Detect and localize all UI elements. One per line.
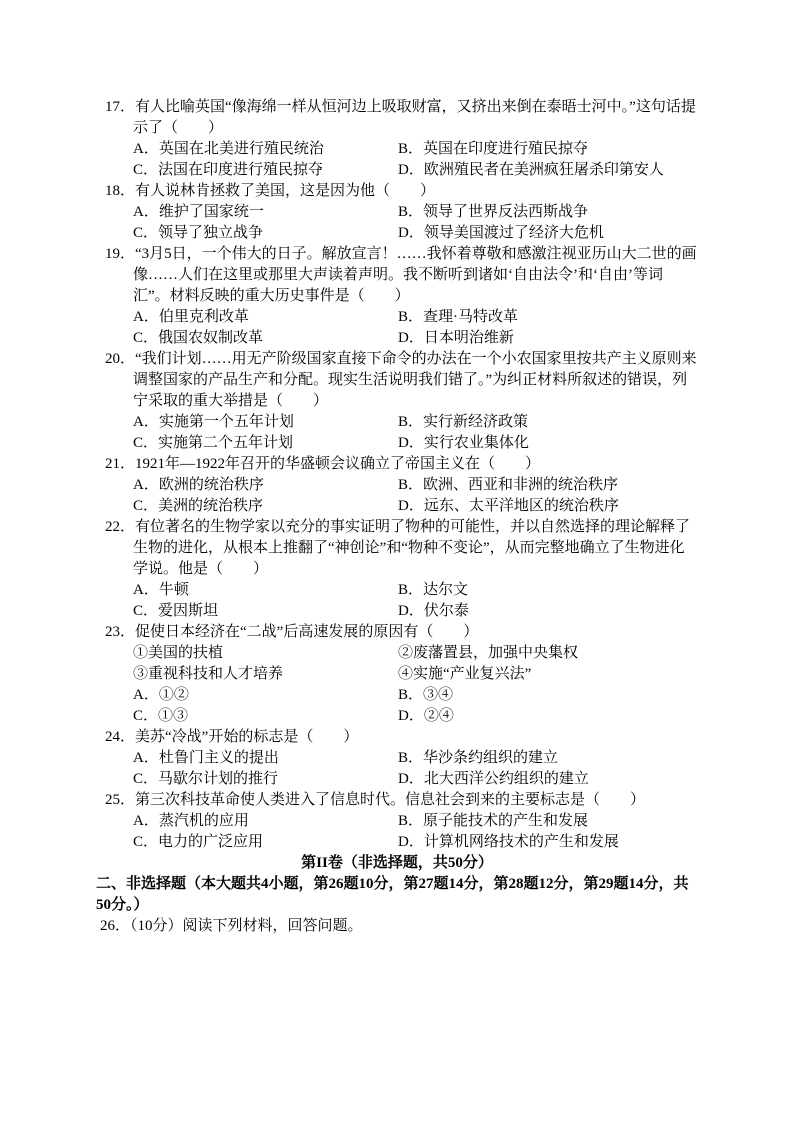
option-row: C．领导了独立战争D．领导美国渡过了经济大危机 bbox=[105, 223, 698, 244]
question-number: 19． bbox=[105, 246, 135, 262]
question-25: 25．第三次科技革命使人类进入了信息时代。信息社会到来的主要标志是（ ） A．蒸… bbox=[105, 790, 698, 853]
statement-2: ②废藩置县，加强中央集权 bbox=[398, 643, 578, 664]
option-a: A．欧洲的统治秩序 bbox=[133, 475, 398, 496]
question-text: 21．1921年—1922年召开的华盛顿会议确立了帝国主义在（ ） bbox=[105, 454, 698, 475]
option-row: A．杜鲁门主义的提出B．华沙条约组织的建立 bbox=[105, 748, 698, 769]
question-18: 18．有人说林肯拯救了美国，这是因为他（ ） A．维护了国家统一B．领导了世界反… bbox=[105, 181, 698, 244]
question-text: 17．有人比喻英国“像海绵一样从恒河边上吸取财富，又挤出来倒在泰晤士河中。”这句… bbox=[105, 97, 698, 139]
option-row: A．伯里克利改革B．查理·马特改革 bbox=[105, 307, 698, 328]
question-number: 17． bbox=[105, 99, 135, 115]
question-21: 21．1921年—1922年召开的华盛顿会议确立了帝国主义在（ ） A．欧洲的统… bbox=[105, 454, 698, 517]
question-stem: 1921年—1922年召开的华盛顿会议确立了帝国主义在（ ） bbox=[135, 456, 540, 472]
option-b: B．英国在印度进行殖民掠夺 bbox=[398, 139, 588, 160]
option-row: A．蒸汽机的应用B．原子能技术的产生和发展 bbox=[105, 811, 698, 832]
option-row: A．维护了国家统一B．领导了世界反法西斯战争 bbox=[105, 202, 698, 223]
page-content: 17．有人比喻英国“像海绵一样从恒河边上吸取财富，又挤出来倒在泰晤士河中。”这句… bbox=[96, 97, 698, 937]
question-text: 23．促使日本经济在“二战”后高速发展的原因有（ ） bbox=[105, 622, 698, 643]
option-c: C．法国在印度进行殖民掠夺 bbox=[133, 160, 398, 181]
option-a: A．伯里克利改革 bbox=[133, 307, 398, 328]
question-text: 24．美苏“冷战”开始的标志是（ ） bbox=[105, 727, 698, 748]
option-row: A．实施第一个五年计划B．实行新经济政策 bbox=[105, 412, 698, 433]
option-c: C．爱因斯坦 bbox=[133, 601, 398, 622]
option-c: C．领导了独立战争 bbox=[133, 223, 398, 244]
option-row: A．欧洲的统治秩序B．欧洲、西亚和非洲的统治秩序 bbox=[105, 475, 698, 496]
option-row: C．实施第二个五年计划D．实行农业集体化 bbox=[105, 433, 698, 454]
option-c: C．电力的广泛应用 bbox=[133, 832, 398, 853]
multiple-choice-questions: 17．有人比喻英国“像海绵一样从恒河边上吸取财富，又挤出来倒在泰晤士河中。”这句… bbox=[105, 97, 698, 853]
option-c: C．俄国农奴制改革 bbox=[133, 328, 398, 349]
option-row: C．美洲的统治秩序D．远东、太平洋地区的统治秩序 bbox=[105, 496, 698, 517]
question-24: 24．美苏“冷战”开始的标志是（ ） A．杜鲁门主义的提出B．华沙条约组织的建立… bbox=[105, 727, 698, 790]
question-20: 20．“我们计划……用无产阶级国家直接下命令的办法在一个小农国家里按共产主义原则… bbox=[105, 349, 698, 454]
statement-4: ④实施“产业复兴法” bbox=[398, 664, 531, 685]
option-d: D．日本明治维新 bbox=[398, 328, 514, 349]
statement-3: ③重视科技和人才培养 bbox=[133, 664, 398, 685]
question-number: 21． bbox=[105, 456, 135, 472]
part2-section-intro: 二、非选择题（本大题共4小题，第26题10分，第27题14分，第28题12分，第… bbox=[96, 874, 698, 916]
option-a: A．维护了国家统一 bbox=[133, 202, 398, 223]
question-stem: 有人比喻英国“像海绵一样从恒河边上吸取财富，又挤出来倒在泰晤士河中。”这句话提示… bbox=[133, 99, 696, 136]
question-text: 18．有人说林肯拯救了美国，这是因为他（ ） bbox=[105, 181, 698, 202]
question-stem: 美苏“冷战”开始的标志是（ ） bbox=[135, 729, 358, 745]
option-row: C．电力的广泛应用D．计算机网络技术的产生和发展 bbox=[105, 832, 698, 853]
option-d: D．②④ bbox=[398, 706, 454, 727]
option-b: B．华沙条约组织的建立 bbox=[398, 748, 558, 769]
option-b: B．达尔文 bbox=[398, 580, 468, 601]
option-b: B．欧洲、西亚和非洲的统治秩序 bbox=[398, 475, 618, 496]
option-d: D．领导美国渡过了经济大危机 bbox=[398, 223, 604, 244]
question-19: 19．“3月5日，一个伟大的日子。解放宣言！……我怀着尊敬和感激注视亚历山大二世… bbox=[105, 244, 698, 349]
question-stem: 有位著名的生物学家以充分的事实证明了物种的可能性，并以自然选择的理论解释了生物的… bbox=[133, 519, 690, 577]
question-text: 20．“我们计划……用无产阶级国家直接下命令的办法在一个小农国家里按共产主义原则… bbox=[105, 349, 698, 412]
question-stem: 第三次科技革命使人类进入了信息时代。信息社会到来的主要标志是（ ） bbox=[135, 792, 645, 808]
option-a: A．牛顿 bbox=[133, 580, 398, 601]
option-d: D．计算机网络技术的产生和发展 bbox=[398, 832, 619, 853]
question-26-intro: 26．（10分）阅读下列材料，回答问题。 bbox=[100, 916, 698, 937]
option-a: A．杜鲁门主义的提出 bbox=[133, 748, 398, 769]
question-stem: “3月5日，一个伟大的日子。解放宣言！……我怀着尊敬和感激注视亚历山大二世的画像… bbox=[133, 246, 697, 304]
option-a: A．①② bbox=[133, 685, 398, 706]
question-number: 18． bbox=[105, 183, 135, 199]
option-row: A．①②B．③④ bbox=[105, 685, 698, 706]
option-row: C．爱因斯坦D．伏尔泰 bbox=[105, 601, 698, 622]
question-text: 19．“3月5日，一个伟大的日子。解放宣言！……我怀着尊敬和感激注视亚历山大二世… bbox=[105, 244, 698, 307]
question-17: 17．有人比喻英国“像海绵一样从恒河边上吸取财富，又挤出来倒在泰晤士河中。”这句… bbox=[105, 97, 698, 181]
question-number: 20． bbox=[105, 351, 135, 367]
option-b: B．查理·马特改革 bbox=[398, 307, 518, 328]
question-22: 22．有位著名的生物学家以充分的事实证明了物种的可能性，并以自然选择的理论解释了… bbox=[105, 517, 698, 622]
option-row: C．马歇尔计划的推行D．北大西洋公约组织的建立 bbox=[105, 769, 698, 790]
option-b: B．原子能技术的产生和发展 bbox=[398, 811, 588, 832]
question-stem: “我们计划……用无产阶级国家直接下命令的办法在一个小农国家里按共产主义原则来调整… bbox=[133, 351, 697, 409]
part2-title: 第II卷（非选择题，共50分） bbox=[96, 853, 698, 874]
question-stem: 有人说林肯拯救了美国，这是因为他（ ） bbox=[135, 183, 435, 199]
option-b: B．领导了世界反法西斯战争 bbox=[398, 202, 588, 223]
option-row: A．英国在北美进行殖民统治B．英国在印度进行殖民掠夺 bbox=[105, 139, 698, 160]
option-c: C．马歇尔计划的推行 bbox=[133, 769, 398, 790]
question-23: 23．促使日本经济在“二战”后高速发展的原因有（ ） ①美国的扶植②废藩置县，加… bbox=[105, 622, 698, 727]
option-d: D．伏尔泰 bbox=[398, 601, 469, 622]
option-a: A．实施第一个五年计划 bbox=[133, 412, 398, 433]
option-row: C．俄国农奴制改革D．日本明治维新 bbox=[105, 328, 698, 349]
option-b: B．实行新经济政策 bbox=[398, 412, 528, 433]
exam-page: 17．有人比喻英国“像海绵一样从恒河边上吸取财富，又挤出来倒在泰晤士河中。”这句… bbox=[0, 0, 794, 1123]
statement-row: ③重视科技和人才培养④实施“产业复兴法” bbox=[105, 664, 698, 685]
question-number: 24． bbox=[105, 729, 135, 745]
question-stem: 促使日本经济在“二战”后高速发展的原因有（ ） bbox=[135, 624, 478, 640]
option-a: A．英国在北美进行殖民统治 bbox=[133, 139, 398, 160]
option-row: C．①③D．②④ bbox=[105, 706, 698, 727]
option-d: D．实行农业集体化 bbox=[398, 433, 529, 454]
question-number: 23． bbox=[105, 624, 135, 640]
option-row: C．法国在印度进行殖民掠夺D．欧洲殖民者在美洲疯狂屠杀印第安人 bbox=[105, 160, 698, 181]
option-d: D．欧洲殖民者在美洲疯狂屠杀印第安人 bbox=[398, 160, 664, 181]
question-number: 22． bbox=[105, 519, 135, 535]
question-text: 22．有位著名的生物学家以充分的事实证明了物种的可能性，并以自然选择的理论解释了… bbox=[105, 517, 698, 580]
statement-row: ①美国的扶植②废藩置县，加强中央集权 bbox=[105, 643, 698, 664]
option-a: A．蒸汽机的应用 bbox=[133, 811, 398, 832]
option-row: A．牛顿B．达尔文 bbox=[105, 580, 698, 601]
option-c: C．实施第二个五年计划 bbox=[133, 433, 398, 454]
question-number: 25． bbox=[105, 792, 135, 808]
statement-1: ①美国的扶植 bbox=[133, 643, 398, 664]
option-c: C．美洲的统治秩序 bbox=[133, 496, 398, 517]
question-text: 25．第三次科技革命使人类进入了信息时代。信息社会到来的主要标志是（ ） bbox=[105, 790, 698, 811]
option-d: D．远东、太平洋地区的统治秩序 bbox=[398, 496, 619, 517]
option-c: C．①③ bbox=[133, 706, 398, 727]
option-b: B．③④ bbox=[398, 685, 453, 706]
option-d: D．北大西洋公约组织的建立 bbox=[398, 769, 589, 790]
